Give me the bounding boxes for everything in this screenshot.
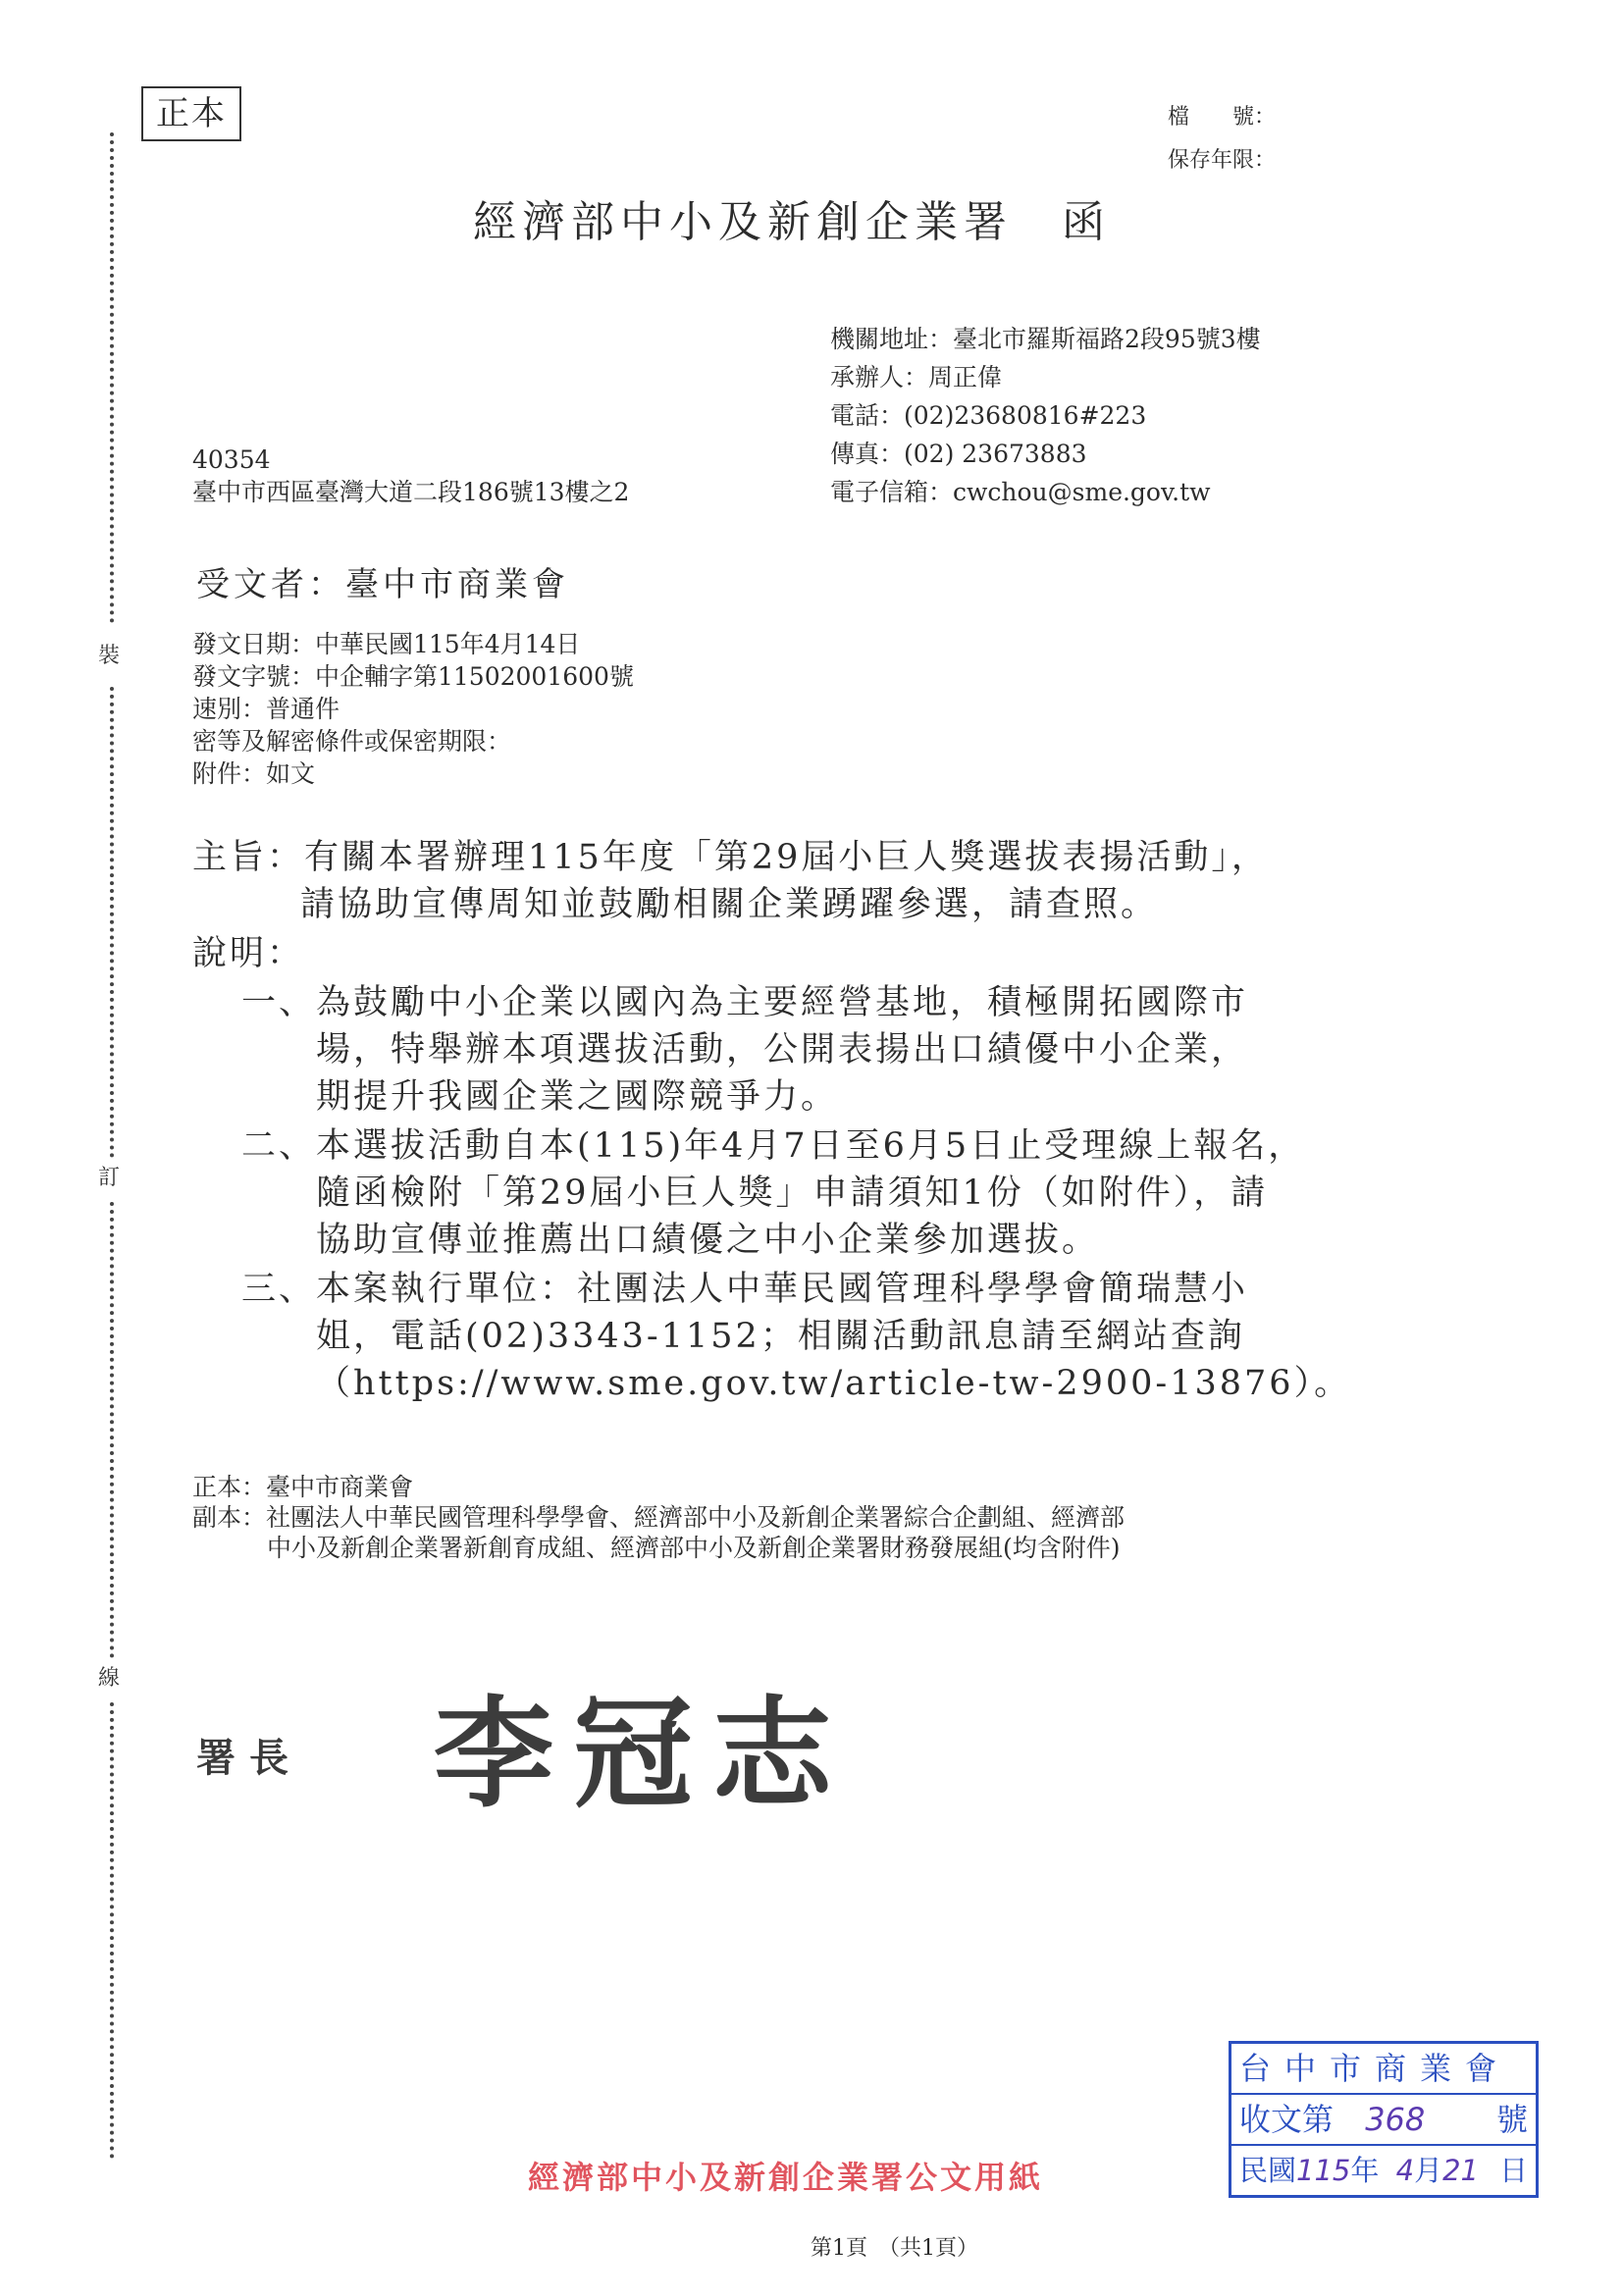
explanation-item-3: 三、本案執行單位：社團法人中華民國管理科學學會簡瑞慧小 姐，電話(02)3343… <box>241 1266 1351 1407</box>
item-line: 場，特舉辦本項選拔活動，公開表揚出口績優中小企業， <box>241 1026 1248 1073</box>
stamp-month: 4 <box>1396 2154 1414 2187</box>
stamp-month-suffix: 月 <box>1414 2154 1442 2187</box>
item-number: 一、 <box>241 983 316 1022</box>
stamp-receipt-prefix: 收文第 <box>1239 2101 1334 2138</box>
subject-line-2: 請協助宣傳周知並鼓勵相關企業踴躍參選，請查照。 <box>192 881 1269 928</box>
contact-fax: 傳真：(02) 23673883 <box>830 435 1261 473</box>
subject-section: 主旨：有關本署辦理115年度「第29屆小巨人獎選拔表揚活動」， 請協助宣傳周知並… <box>192 834 1269 928</box>
stamp-day: 21 <box>1442 2154 1479 2187</box>
subject-label: 主旨： <box>192 838 304 877</box>
page-number: 第1頁 （共1頁） <box>811 2231 978 2262</box>
contact-person: 承辦人：周正偉 <box>830 358 1261 396</box>
stamp-year-suffix: 年 <box>1350 2154 1379 2187</box>
recipient-address: 臺中市西區臺灣大道二段186號13樓之2 <box>192 476 629 508</box>
subject-line-1: 有關本署辦理115年度「第29屆小巨人獎選拔表揚活動」， <box>304 838 1269 877</box>
explanation-label: 說明： <box>192 930 304 977</box>
distribution-section: 正本：臺中市商業會 副本：社團法人中華民國管理科學學會、經濟部中小及新創企業署綜… <box>192 1472 1125 1563</box>
signature-name: 李冠志 <box>434 1658 852 1830</box>
item-number: 二、 <box>241 1126 316 1166</box>
priority: 速別：普通件 <box>192 693 634 725</box>
stationery-label: 經濟部中小及新創企業署公文用紙 <box>528 2153 1043 2198</box>
agency-name: 經濟部中小及新創企業署 <box>473 197 1013 247</box>
item-line: 姐，電話(02)3343-1152；相關活動訊息請至網站查詢 <box>241 1313 1351 1360</box>
explanation-item-1: 一、為鼓勵中小企業以國內為主要經營基地，積極開拓國際市 場，特舉辦本項選拔活動，… <box>241 979 1248 1121</box>
recipient-line: 受文者：臺中市商業會 <box>196 557 569 605</box>
stamp-date-row: 民國115年 4月21 日 <box>1231 2146 1536 2195</box>
item-line: 為鼓勵中小企業以國內為主要經營基地，積極開拓國際市 <box>316 983 1248 1022</box>
item-line: 協助宣傳並推薦出口績優之中小企業參加選拔。 <box>241 1217 1305 1264</box>
stamp-receipt-row: 收文第 368 號 <box>1231 2095 1536 2146</box>
binding-line-middle <box>110 687 114 1158</box>
original-recipient: 臺中市商業會 <box>266 1473 413 1501</box>
binding-line-bottom <box>110 1702 114 2159</box>
stamp-org: 台中市商業會 <box>1231 2044 1536 2095</box>
contact-phone: 電話：(02)23680816#223 <box>830 396 1261 435</box>
recipient-address-block: 40354 臺中市西區臺灣大道二段186號13樓之2 <box>192 444 629 508</box>
binding-line-top <box>110 132 114 623</box>
document-type: 函 <box>1062 197 1111 247</box>
info-url: （https://www.sme.gov.tw/article-tw-2900-… <box>241 1360 1351 1407</box>
contact-email: 電子信箱：cwchou@sme.gov.tw <box>830 473 1261 511</box>
item-line: 期提升我國企業之國際競爭力。 <box>241 1073 1248 1121</box>
receipt-stamp: 台中市商業會 收文第 368 號 民國115年 4月21 日 <box>1229 2041 1539 2198</box>
copy-recipient-line-2: 中小及新創企業署新創育成組、經濟部中小及新創企業署財務發展組(均含附件) <box>192 1533 1125 1563</box>
signature-title: 署長 <box>196 1727 302 1783</box>
sender-address: 機關地址：臺北市羅斯福路2段95號3樓 <box>830 320 1261 358</box>
stamp-year: 115 <box>1296 2154 1350 2187</box>
postal-code: 40354 <box>192 444 629 476</box>
item-line: 隨函檢附「第29屆小巨人獎」申請須知1份（如附件），請 <box>241 1170 1305 1217</box>
document-title: 經濟部中小及新創企業署 函 <box>473 186 1111 249</box>
document-meta: 發文日期：中華民國115年4月14日 發文字號：中企輔字第11502001600… <box>192 628 634 790</box>
binding-line-middle-2 <box>110 1202 114 1658</box>
stamp-receipt-number: 368 <box>1365 2101 1425 2138</box>
stamp-receipt-suffix: 號 <box>1496 2095 1528 2144</box>
stamp-date-prefix: 民國 <box>1239 2154 1296 2187</box>
recipient-label: 受文者： <box>196 565 345 604</box>
binding-mark-ding: 訂 <box>98 1168 120 1189</box>
copy-recipient-line-1: 社團法人中華民國管理科學學會、經濟部中小及新創企業署綜合企劃組、經濟部 <box>266 1503 1125 1532</box>
binding-mark-xian: 線 <box>98 1668 120 1690</box>
retention-period-label: 保存年限： <box>1168 145 1276 177</box>
item-line: 本案執行單位：社團法人中華民國管理科學學會簡瑞慧小 <box>316 1270 1248 1309</box>
item-line: 本選拔活動自本(115)年4月7日至6月5日止受理線上報名， <box>316 1126 1305 1166</box>
confidentiality: 密等及解密條件或保密期限： <box>192 725 634 757</box>
attachment-info: 附件：如文 <box>192 757 634 790</box>
binding-mark-zhuang: 裝 <box>98 646 120 667</box>
item-number: 三、 <box>241 1270 316 1309</box>
original-copy-label: 正本 <box>141 86 241 141</box>
recipient-name: 臺中市商業會 <box>345 565 569 604</box>
copy-recipient-label: 副本： <box>192 1503 266 1532</box>
sender-info: 機關地址：臺北市羅斯福路2段95號3樓 承辦人：周正偉 電話：(02)23680… <box>830 320 1261 511</box>
explanation-item-2: 二、本選拔活動自本(115)年4月7日至6月5日止受理線上報名， 隨函檢附「第2… <box>241 1122 1305 1264</box>
issue-date: 發文日期：中華民國115年4月14日 <box>192 628 634 660</box>
stamp-day-suffix: 日 <box>1499 2146 1528 2195</box>
original-recipient-label: 正本： <box>192 1473 266 1501</box>
file-number-label: 檔 號： <box>1168 102 1276 133</box>
document-number: 發文字號：中企輔字第11502001600號 <box>192 660 634 693</box>
